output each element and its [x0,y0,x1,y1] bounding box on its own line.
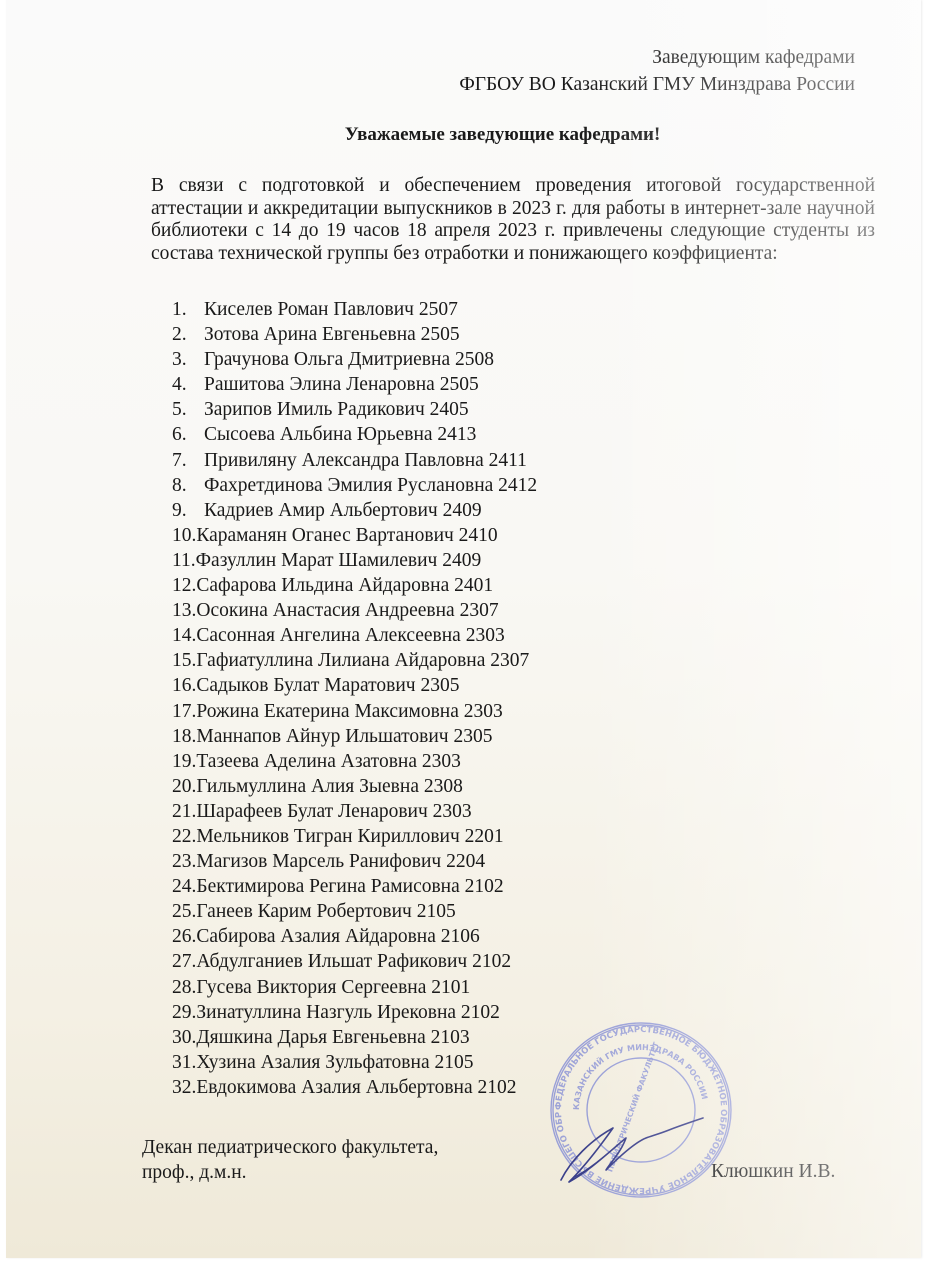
list-item-number: 27. [172,949,196,974]
list-item-number: 25. [172,899,196,924]
student-list-item: 27.Абдулганиев Ильшат Рафикович 2102 [172,949,537,974]
student-name-group: Фазуллин Марат Шамилевич 2409 [196,548,482,573]
list-item-number: 16. [172,673,196,698]
student-name-group: Абдулганиев Ильшат Рафикович 2102 [196,949,511,974]
student-name-group: Сабирова Азалия Айдаровна 2106 [196,924,479,949]
signatory-position-line-1: Декан педиатрического факультета, [142,1135,438,1160]
student-name-group: Рашитова Элина Ленаровна 2505 [204,372,479,397]
list-item-number: 24. [172,874,196,899]
student-list-item: 13.Осокина Анастасия Андреевна 2307 [172,598,537,623]
student-name-group: Магизов Марсель Ранифович 2204 [196,849,485,874]
list-item-number: 9. [172,498,204,523]
student-list-item: 20.Гильмуллина Алия Зыевна 2308 [172,774,537,799]
list-item-number: 17. [172,699,196,724]
list-item-number: 15. [172,648,196,673]
student-name-group: Гусева Виктория Сергеевна 2101 [196,975,470,1000]
student-list-item: 4.Рашитова Элина Ленаровна 2505 [172,372,537,397]
list-item-number: 13. [172,598,196,623]
student-name-group: Гильмуллина Алия Зыевна 2308 [196,774,462,799]
list-item-number: 1. [172,297,204,322]
student-name-group: Шарафеев Булат Ленарович 2303 [196,799,471,824]
student-name-group: Зотова Арина Евгеньевна 2505 [204,322,460,347]
list-item-number: 23. [172,849,196,874]
list-item-number: 21. [172,799,196,824]
student-list-item: 8.Фахретдинова Эмилия Руслановна 2412 [172,473,537,498]
list-item-number: 10. [172,523,196,548]
student-name-group: Бектимирова Регина Рамисовна 2102 [196,874,503,899]
student-list-item: 9.Кадриев Амир Альбертович 2409 [172,498,537,523]
student-list-item: 24.Бектимирова Регина Рамисовна 2102 [172,874,537,899]
student-list-item: 15.Гафиатуллина Лилиана Айдаровна 2307 [172,648,537,673]
list-item-number: 32. [172,1075,196,1100]
student-name-group: Осокина Анастасия Андреевна 2307 [196,598,498,623]
addressee-block: Заведующим кафедрами ФГБОУ ВО Казанский … [459,44,855,98]
addressee-line-2: ФГБОУ ВО Казанский ГМУ Минздрава России [459,71,855,98]
student-name-group: Гафиатуллина Лилиана Айдаровна 2307 [196,648,529,673]
greeting-heading: Уважаемые заведующие кафедрами! [6,124,921,146]
student-list-item: 19.Тазеева Аделина Азатовна 2303 [172,749,537,774]
student-name-group: Маннапов Айнур Ильшатович 2305 [196,724,492,749]
student-list-item: 23.Магизов Марсель Ранифович 2204 [172,849,537,874]
student-list-item: 6.Сысоева Альбина Юрьевна 2413 [172,422,537,447]
handwritten-signature-icon [551,1100,711,1190]
student-name-group: Кадриев Амир Альбертович 2409 [204,498,482,523]
student-list-item: 30.Дяшкина Дарья Евгеньевна 2103 [172,1025,537,1050]
list-item-number: 2. [172,322,204,347]
signatory-position: Декан педиатрического факультета, проф.,… [142,1135,438,1185]
student-list-item: 11.Фазуллин Марат Шамилевич 2409 [172,548,537,573]
student-name-group: Рожина Екатерина Максимовна 2303 [196,699,502,724]
student-list-item: 17.Рожина Екатерина Максимовна 2303 [172,699,537,724]
student-list-item: 2.Зотова Арина Евгеньевна 2505 [172,322,537,347]
student-name-group: Привиляну Александра Павловна 2411 [204,448,527,473]
student-list-item: 16.Садыков Булат Маратович 2305 [172,673,537,698]
signatory-position-line-2: проф., д.м.н. [142,1160,438,1185]
student-list-item: 18.Маннапов Айнур Ильшатович 2305 [172,724,537,749]
list-item-number: 20. [172,774,196,799]
list-item-number: 22. [172,824,196,849]
addressee-line-1: Заведующим кафедрами [459,44,855,71]
student-name-group: Ганеев Карим Робертович 2105 [196,899,455,924]
document-page: Заведующим кафедрами ФГБОУ ВО Казанский … [6,0,921,1258]
student-name-group: Садыков Булат Маратович 2305 [196,673,459,698]
student-list-item: 25.Ганеев Карим Робертович 2105 [172,899,537,924]
student-name-group: Тазеева Аделина Азатовна 2303 [196,749,461,774]
list-item-number: 5. [172,397,204,422]
list-item-number: 6. [172,422,204,447]
student-list-item: 1.Киселев Роман Павлович 2507 [172,297,537,322]
student-list-item: 28.Гусева Виктория Сергеевна 2101 [172,975,537,1000]
student-list-item: 12.Сафарова Ильдина Айдаровна 2401 [172,573,537,598]
student-list-item: 5.Зарипов Имиль Радикович 2405 [172,397,537,422]
student-name-group: Фахретдинова Эмилия Руслановна 2412 [204,473,537,498]
list-item-number: 3. [172,347,204,372]
student-name-group: Хузина Азалия Зульфатовна 2105 [196,1050,473,1075]
list-item-number: 14. [172,623,196,648]
list-item-number: 19. [172,749,196,774]
student-name-group: Дяшкина Дарья Евгеньевна 2103 [196,1025,469,1050]
student-name-group: Сафарова Ильдина Айдаровна 2401 [196,573,493,598]
list-item-number: 4. [172,372,204,397]
list-item-number: 11. [172,548,196,573]
list-item-number: 18. [172,724,196,749]
student-name-group: Грачунова Ольга Дмитриевна 2508 [204,347,494,372]
list-item-number: 28. [172,975,196,1000]
student-list-item: 21.Шарафеев Булат Ленарович 2303 [172,799,537,824]
student-list-item: 14.Сасонная Ангелина Алексеевна 2303 [172,623,537,648]
list-item-number: 26. [172,924,196,949]
list-item-number: 12. [172,573,196,598]
student-list-item: 26.Сабирова Азалия Айдаровна 2106 [172,924,537,949]
body-paragraph: В связи с подготовкой и обеспечением про… [151,175,875,265]
student-name-group: Караманян Оганес Вартанович 2410 [196,523,497,548]
student-list-item: 31.Хузина Азалия Зульфатовна 2105 [172,1050,537,1075]
student-list-item: 10.Караманян Оганес Вартанович 2410 [172,523,537,548]
student-name-group: Сасонная Ангелина Алексеевна 2303 [196,623,504,648]
student-name-group: Зарипов Имиль Радикович 2405 [204,397,469,422]
student-name-group: Зинатуллина Назгуль Ирековна 2102 [196,1000,500,1025]
student-name-group: Евдокимова Азалия Альбертовна 2102 [196,1075,516,1100]
student-name-group: Мельников Тигран Кириллович 2201 [196,824,503,849]
list-item-number: 31. [172,1050,196,1075]
list-item-number: 7. [172,448,204,473]
list-item-number: 8. [172,473,204,498]
student-list: 1.Киселев Роман Павлович 25072.Зотова Ар… [172,297,537,1100]
student-list-item: 22.Мельников Тигран Кириллович 2201 [172,824,537,849]
signatory-name: Клюшкин И.В. [711,1161,835,1183]
student-name-group: Киселев Роман Павлович 2507 [204,297,458,322]
list-item-number: 30. [172,1025,196,1050]
student-list-item: 32.Евдокимова Азалия Альбертовна 2102 [172,1075,537,1100]
student-list-item: 3.Грачунова Ольга Дмитриевна 2508 [172,347,537,372]
student-list-item: 29.Зинатуллина Назгуль Ирековна 2102 [172,1000,537,1025]
student-list-item: 7.Привиляну Александра Павловна 2411 [172,448,537,473]
student-name-group: Сысоева Альбина Юрьевна 2413 [204,422,476,447]
list-item-number: 29. [172,1000,196,1025]
